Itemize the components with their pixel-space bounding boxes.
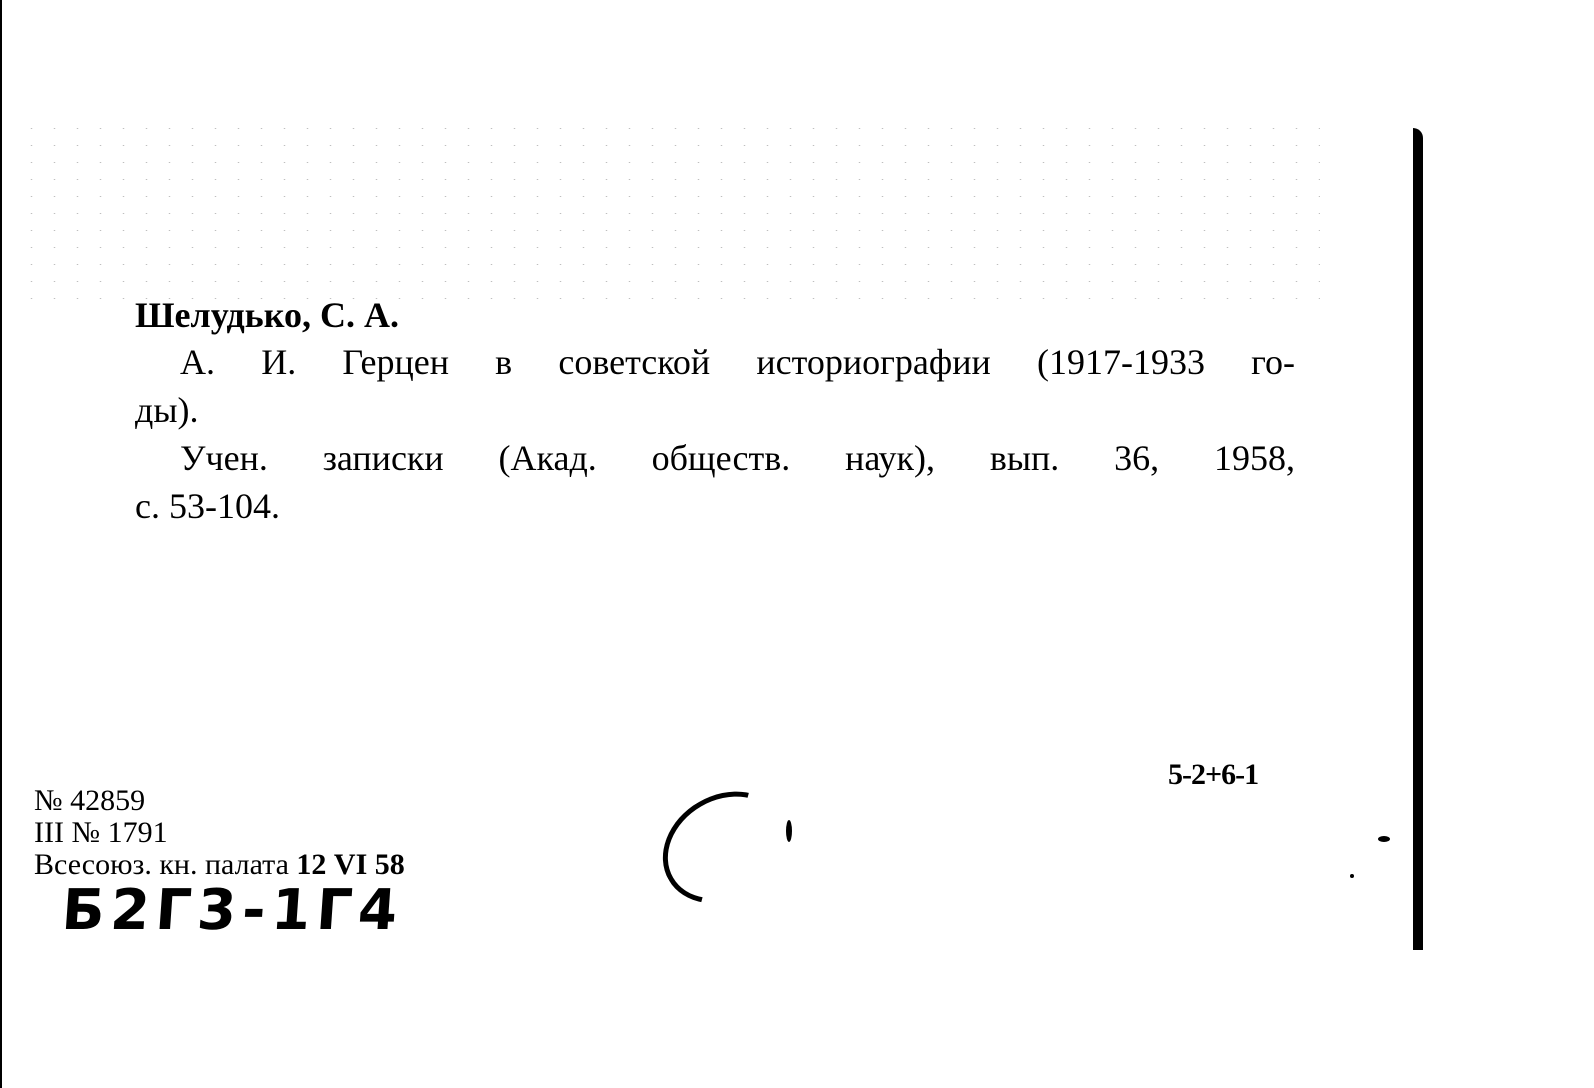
source-line-2: с. 53-104.	[135, 482, 1295, 530]
ink-speck	[1378, 836, 1390, 842]
title-line-2: ды).	[135, 386, 1295, 434]
scan-noise	[20, 120, 1320, 300]
classification-index: 5-2+6-1	[1168, 758, 1258, 792]
publisher-line: Всесоюз. кн. палата 12 VI 58	[34, 849, 405, 881]
ink-speck	[786, 820, 792, 842]
series-number: III № 1791	[34, 817, 405, 849]
handwritten-shelfmark: Б2Г3-1Г4	[60, 878, 406, 943]
stamp-arc-mark	[642, 770, 807, 926]
catalog-entry: Шелудько, С. А. А. И. Герцен в советской…	[135, 292, 1295, 530]
scan-left-edge	[0, 0, 2, 1088]
source-line-1: Учен. записки (Акад. обществ. наук), вып…	[135, 434, 1295, 482]
title-line-1: А. И. Герцен в советской историографии (…	[135, 338, 1295, 386]
author-heading: Шелудько, С. А.	[135, 292, 1295, 338]
ink-speck	[1350, 874, 1354, 878]
imprint-block: № 42859 III № 1791 Всесоюз. кн. палата 1…	[34, 785, 405, 881]
publisher: Всесоюз. кн. палата	[34, 848, 289, 881]
card-right-border	[1413, 128, 1423, 950]
record-number: № 42859	[34, 785, 405, 817]
imprint-date: 12 VI 58	[296, 848, 404, 881]
